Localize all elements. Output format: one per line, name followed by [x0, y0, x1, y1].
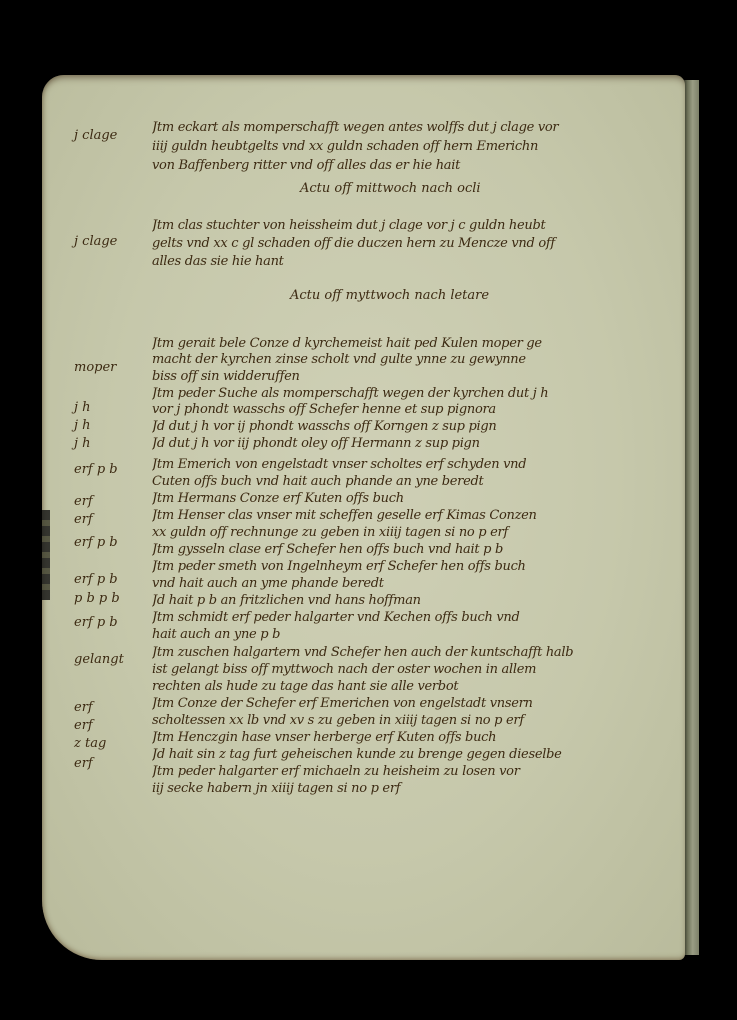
- entry-line: Jtm peder halgarter erf michaeln zu heis…: [152, 764, 682, 779]
- adjacent-page-edge: [683, 80, 699, 955]
- entry-line: biss off sin widderuffen: [152, 369, 682, 384]
- entry-line: gelts vnd xx c gl schaden off die duczen…: [152, 236, 682, 251]
- entry-line: iiij guldn heubtgelts vnd xx guldn schad…: [152, 139, 682, 154]
- entry-line: von Baffenberg ritter vnd off alles das …: [152, 158, 682, 173]
- entry-line: Jtm Emerich von engelstadt vnser scholte…: [152, 457, 682, 472]
- margin-note: z tag: [74, 736, 106, 751]
- entry-line: Jtm peder smeth von Ingelnheym erf Schef…: [152, 559, 682, 574]
- entry-line: Jtm Henczgin hase vnser herberge erf Kut…: [152, 730, 682, 745]
- section-heading-letare: Actu off myttwoch nach letare: [290, 288, 489, 303]
- entry-line: Jtm clas stuchter von heissheim dut j cl…: [152, 218, 682, 233]
- entry-line: Jtm Conze der Schefer erf Emerichen von …: [152, 696, 682, 711]
- entry-line: rechten als hude zu tage das hant sie al…: [152, 679, 682, 694]
- margin-note: erf: [74, 512, 93, 527]
- margin-note-clage-1: j clage: [74, 128, 117, 143]
- margin-note: gelangt: [74, 652, 124, 667]
- margin-note: p b p b: [74, 591, 120, 606]
- margin-note: erf: [74, 756, 93, 771]
- entry-line: xx guldn off rechnunge zu geben in xiiij…: [152, 525, 682, 540]
- margin-note: erf: [74, 700, 93, 715]
- margin-note: erf: [74, 718, 93, 733]
- entry-line: Jtm gysseln clase erf Schefer hen offs b…: [152, 542, 682, 557]
- entry-line: vnd hait auch an yme phande beredt: [152, 576, 682, 591]
- entry-line: Jtm Hermans Conze erf Kuten offs buch: [152, 491, 682, 506]
- margin-note: erf p b: [74, 615, 118, 630]
- entry-line: Jtm schmidt erf peder halgarter vnd Kech…: [152, 610, 682, 625]
- entry-line: Cuten offs buch vnd hait auch phande an …: [152, 474, 682, 489]
- section-heading-ocli: Actu off mittwoch nach ocli: [300, 181, 481, 196]
- margin-note: j h: [74, 400, 91, 415]
- entry-line: Jtm eckart als momperschafft wegen antes…: [152, 120, 682, 135]
- entry-line: Jd dut j h vor iij phondt oley off Herma…: [152, 436, 682, 451]
- entry-line: Jd hait p b an fritzlichen vnd hans hoff…: [152, 593, 682, 608]
- margin-note: j h: [74, 418, 91, 433]
- margin-note-clage-2: j clage: [74, 234, 117, 249]
- entry-line: iij secke habern jn xiiij tagen si no p …: [152, 781, 682, 796]
- margin-note: erf p b: [74, 462, 118, 477]
- entry-line: Jtm Henser clas vnser mit scheffen gesel…: [152, 508, 682, 523]
- margin-note: erf p b: [74, 572, 118, 587]
- entry-line: Jd hait sin z tag furt geheischen kunde …: [152, 747, 682, 762]
- margin-note: erf: [74, 494, 93, 509]
- margin-note: erf p b: [74, 535, 118, 550]
- margin-note: j h: [74, 436, 91, 451]
- entry-line: macht der kyrchen zinse scholt vnd gulte…: [152, 352, 682, 367]
- entry-line: scholtessen xx lb vnd xv s zu geben in x…: [152, 713, 682, 728]
- entry-line: Jtm peder Suche als momperschafft wegen …: [152, 386, 682, 401]
- entry-line: ist gelangt biss off myttwoch nach der o…: [152, 662, 682, 677]
- margin-note: moper: [74, 360, 116, 375]
- entry-line: Jd dut j h vor ij phondt wasschs off Kor…: [152, 419, 682, 434]
- entry-line: alles das sie hie hant: [152, 254, 682, 269]
- entry-line: vor j phondt wasschs off Schefer henne e…: [152, 402, 682, 417]
- entry-line: Jtm zuschen halgartern vnd Schefer hen a…: [152, 645, 682, 660]
- entry-line: hait auch an yne p b: [152, 627, 682, 642]
- binding-stitching: [42, 510, 50, 600]
- entry-line: Jtm gerait bele Conze d kyrchemeist hait…: [152, 336, 682, 351]
